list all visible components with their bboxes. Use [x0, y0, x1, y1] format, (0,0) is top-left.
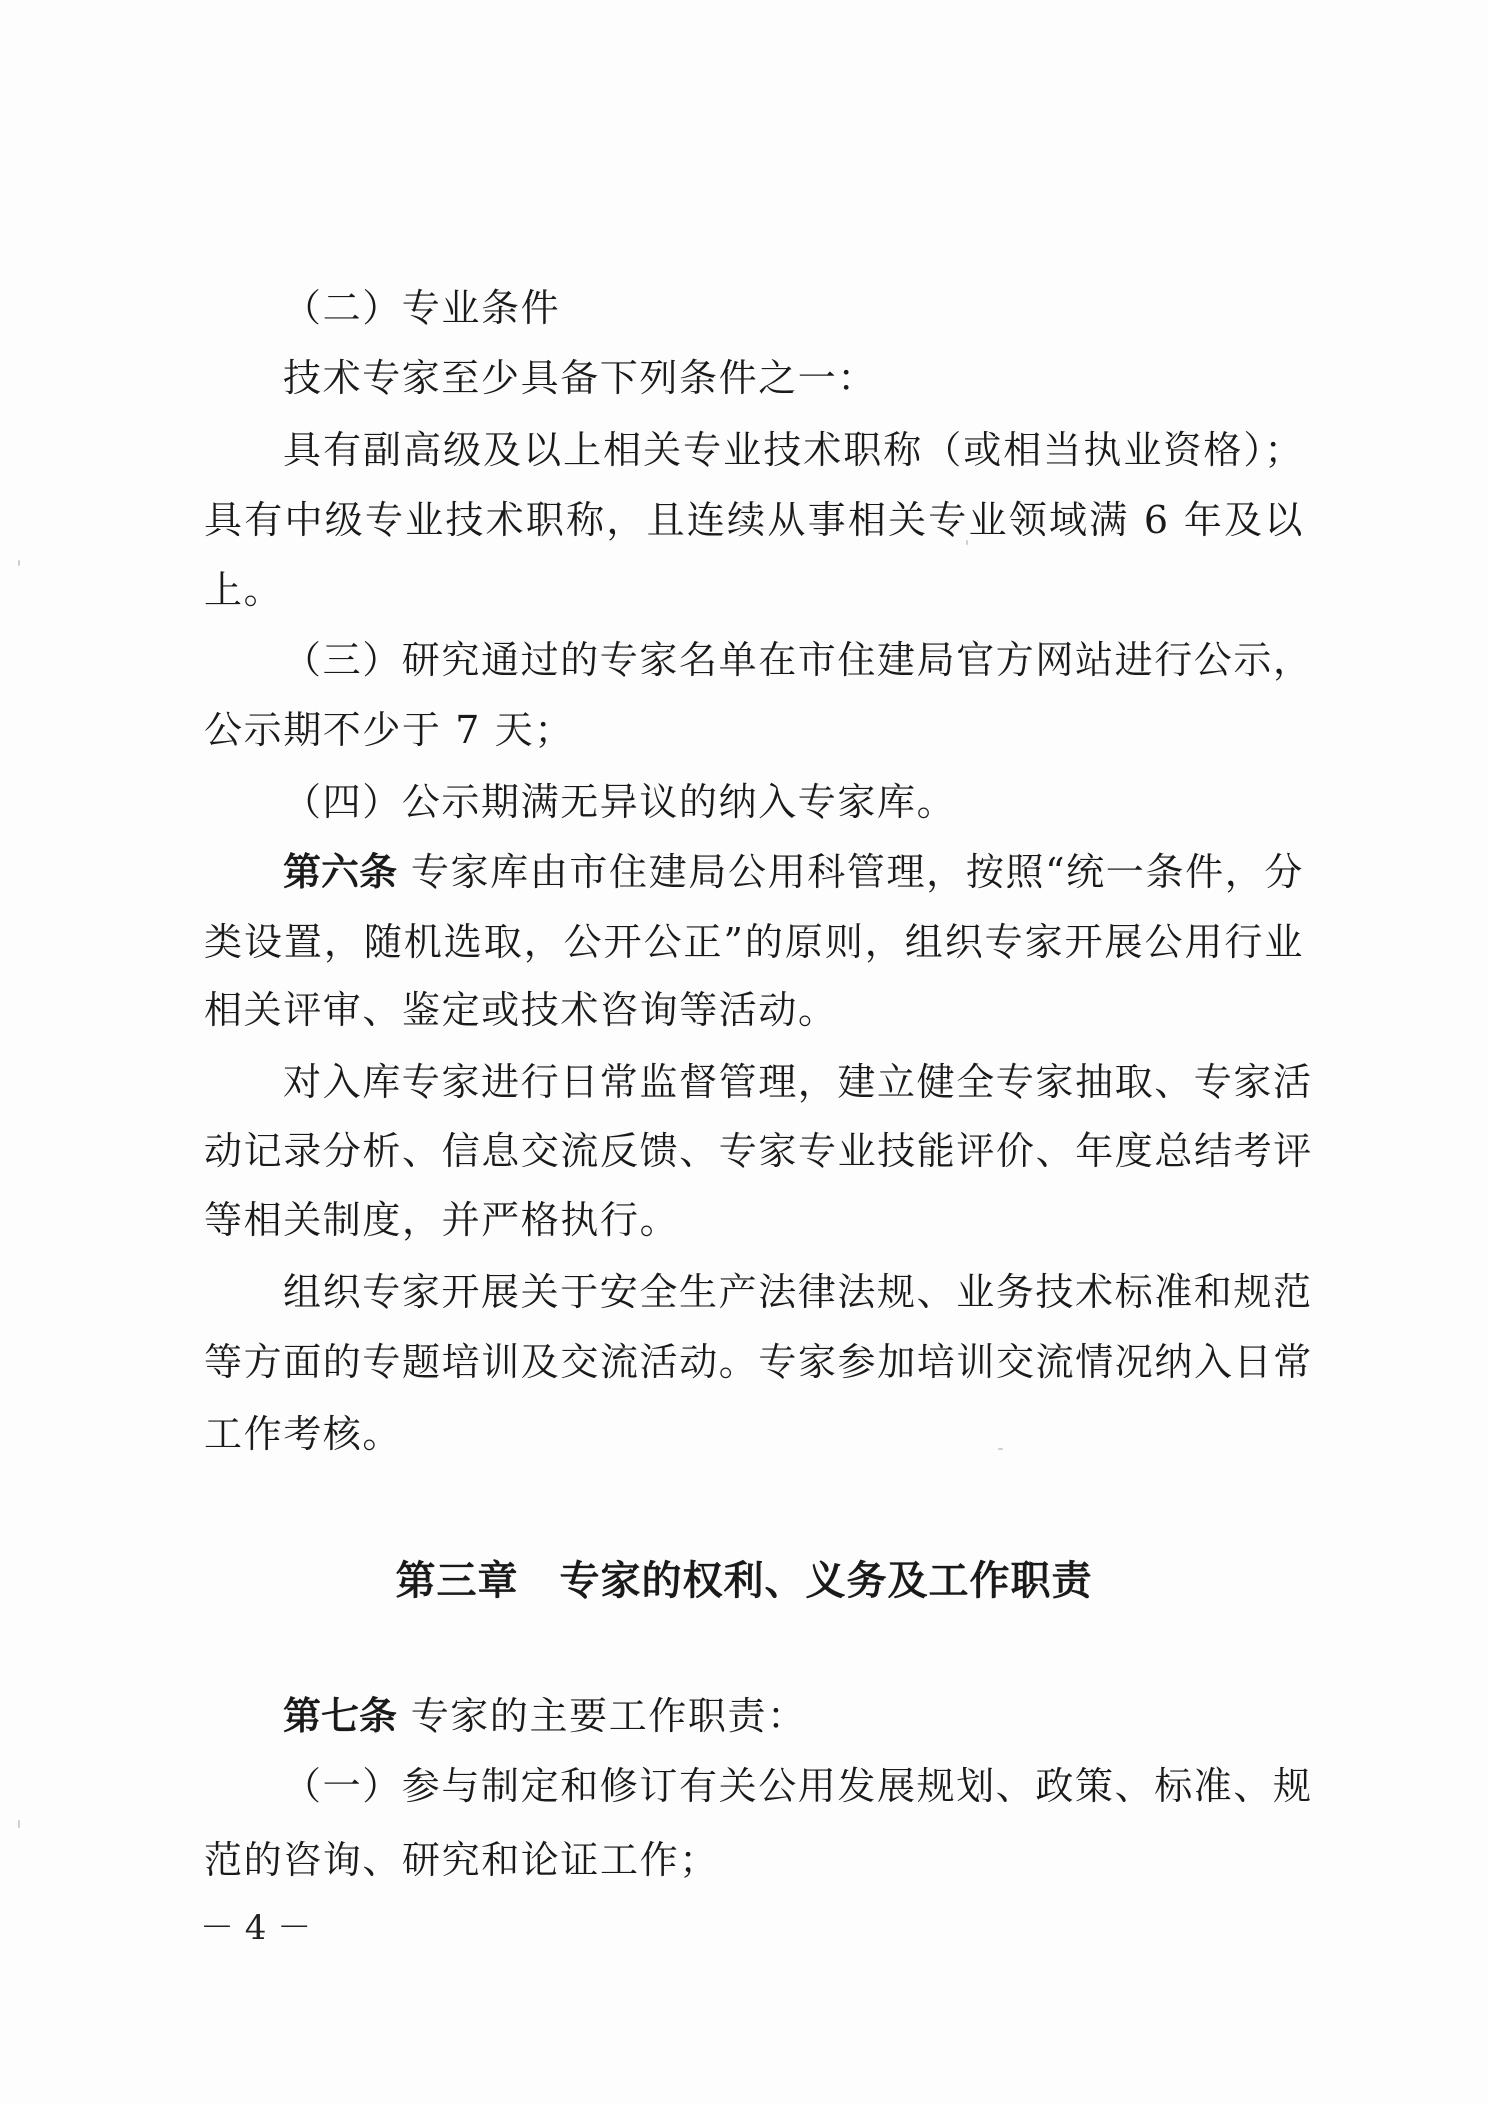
list-item-line: 范的咨询、研究和论证工作； — [204, 1836, 1304, 1884]
paragraph-line: 相关评审、鉴定或技术咨询等活动。 — [204, 986, 1304, 1034]
article-six-text: 专家库由市住建局公用科管理，按照“统一条件，分 — [397, 850, 1304, 894]
paragraph-line: 具有副高级及以上相关专业技术职称（或相当执业资格）； — [283, 426, 1304, 474]
paragraph-line: 动记录分析、信息交流反馈、专家专业技能评价、年度总结考评 — [204, 1127, 1304, 1175]
scan-artifact — [18, 560, 20, 566]
paragraph-line: 上。 — [204, 566, 1304, 614]
article-seven-line: 第七条 专家的主要工作职责： — [283, 1692, 1304, 1740]
paragraph-line: 组织专家开展关于安全生产法律法规、业务技术标准和规范 — [283, 1268, 1304, 1316]
paragraph-line: 技术专家至少具备下列条件之一： — [283, 354, 1304, 402]
paragraph-line: （四）公示期满无异议的纳入专家库。 — [283, 778, 1304, 826]
scan-artifact — [966, 540, 968, 545]
article-six-first-line: 第六条 专家库由市住建局公用科管理，按照“统一条件，分 — [283, 848, 1304, 896]
subsection-heading-professional-conditions: （二）专业条件 — [283, 284, 1304, 332]
document-page: （二）专业条件 技术专家至少具备下列条件之一： 具有副高级及以上相关专业技术职称… — [0, 0, 1488, 2104]
paragraph-line: 类设置，随机选取，公开公正”的原则，组织专家开展公用行业 — [204, 918, 1304, 966]
paragraph-line: （三）研究通过的专家名单在市住建局官方网站进行公示， — [283, 636, 1304, 684]
article-seven-text: 专家的主要工作职责： — [397, 1694, 807, 1738]
paragraph-line: 工作考核。 — [204, 1410, 1304, 1458]
scan-artifact — [18, 1820, 20, 1828]
paragraph-line: 公示期不少于 7 天； — [204, 706, 1304, 754]
paragraph-line: 对入库专家进行日常监督管理，建立健全专家抽取、专家活 — [283, 1058, 1304, 1106]
article-seven-label: 第七条 — [283, 1694, 397, 1738]
page-number: － 4 － — [200, 1906, 311, 1950]
scan-artifact — [998, 1448, 1003, 1450]
article-six-label: 第六条 — [283, 850, 397, 894]
chapter-heading: 第三章 专家的权利、义务及工作职责 — [0, 1556, 1488, 1606]
list-item-line: （一）参与制定和修订有关公用发展规划、政策、标准、规 — [283, 1762, 1304, 1810]
paragraph-line: 等相关制度，并严格执行。 — [204, 1196, 1304, 1244]
paragraph-line: 等方面的专题培训及交流活动。专家参加培训交流情况纳入日常 — [204, 1338, 1304, 1386]
paragraph-line: 具有中级专业技术职称，且连续从事相关专业领域满 6 年及以 — [204, 496, 1304, 544]
